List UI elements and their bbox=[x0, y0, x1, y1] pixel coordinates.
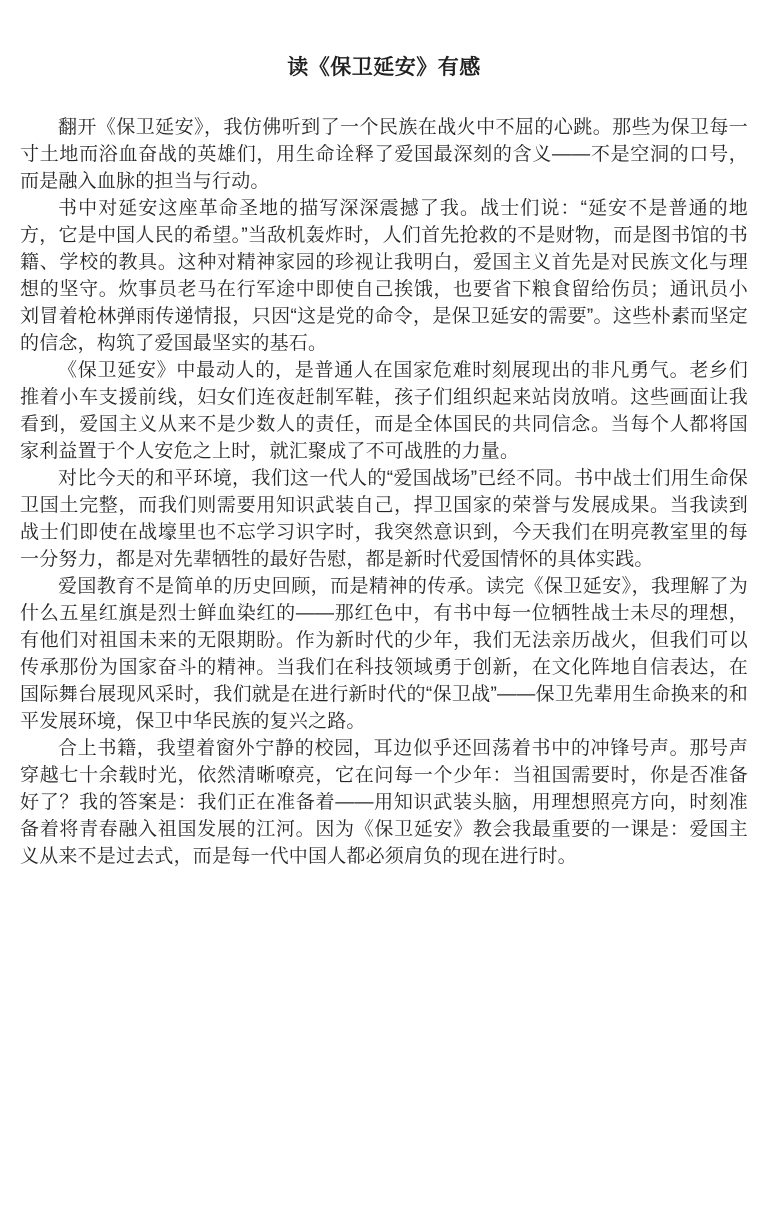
essay-paragraph-3: 《保卫延安》中最动人的，是普通人在国家危难时刻展现出的非凡勇气。老乡们推着小车支… bbox=[20, 357, 748, 465]
essay-title: 读《保卫延安》有感 bbox=[20, 52, 748, 84]
essay-paragraph-5: 爱国教育不是简单的历史回顾，而是精神的传承。读完《保卫延安》，我理解了为什么五星… bbox=[20, 573, 748, 735]
essay-paragraph-4: 对比今天的和平环境，我们这一代人的“爱国战场”已经不同。书中战士们用生命保卫国土… bbox=[20, 465, 748, 573]
essay-paragraph-6: 合上书籍，我望着窗外宁静的校园，耳边似乎还回荡着书中的冲锋号声。那号声穿越七十余… bbox=[20, 735, 748, 870]
essay-paragraph-1: 翻开《保卫延安》，我仿佛听到了一个民族在战火中不屈的心跳。那些为保卫每一寸土地而… bbox=[20, 114, 748, 195]
document-page: 读《保卫延安》有感 翻开《保卫延安》，我仿佛听到了一个民族在战火中不屈的心跳。那… bbox=[0, 0, 768, 1224]
essay-paragraph-2: 书中对延安这座革命圣地的描写深深震撼了我。战士们说：“延安不是普通的地方，它是中… bbox=[20, 195, 748, 357]
essay-body: 翻开《保卫延安》，我仿佛听到了一个民族在战火中不屈的心跳。那些为保卫每一寸土地而… bbox=[20, 114, 748, 870]
